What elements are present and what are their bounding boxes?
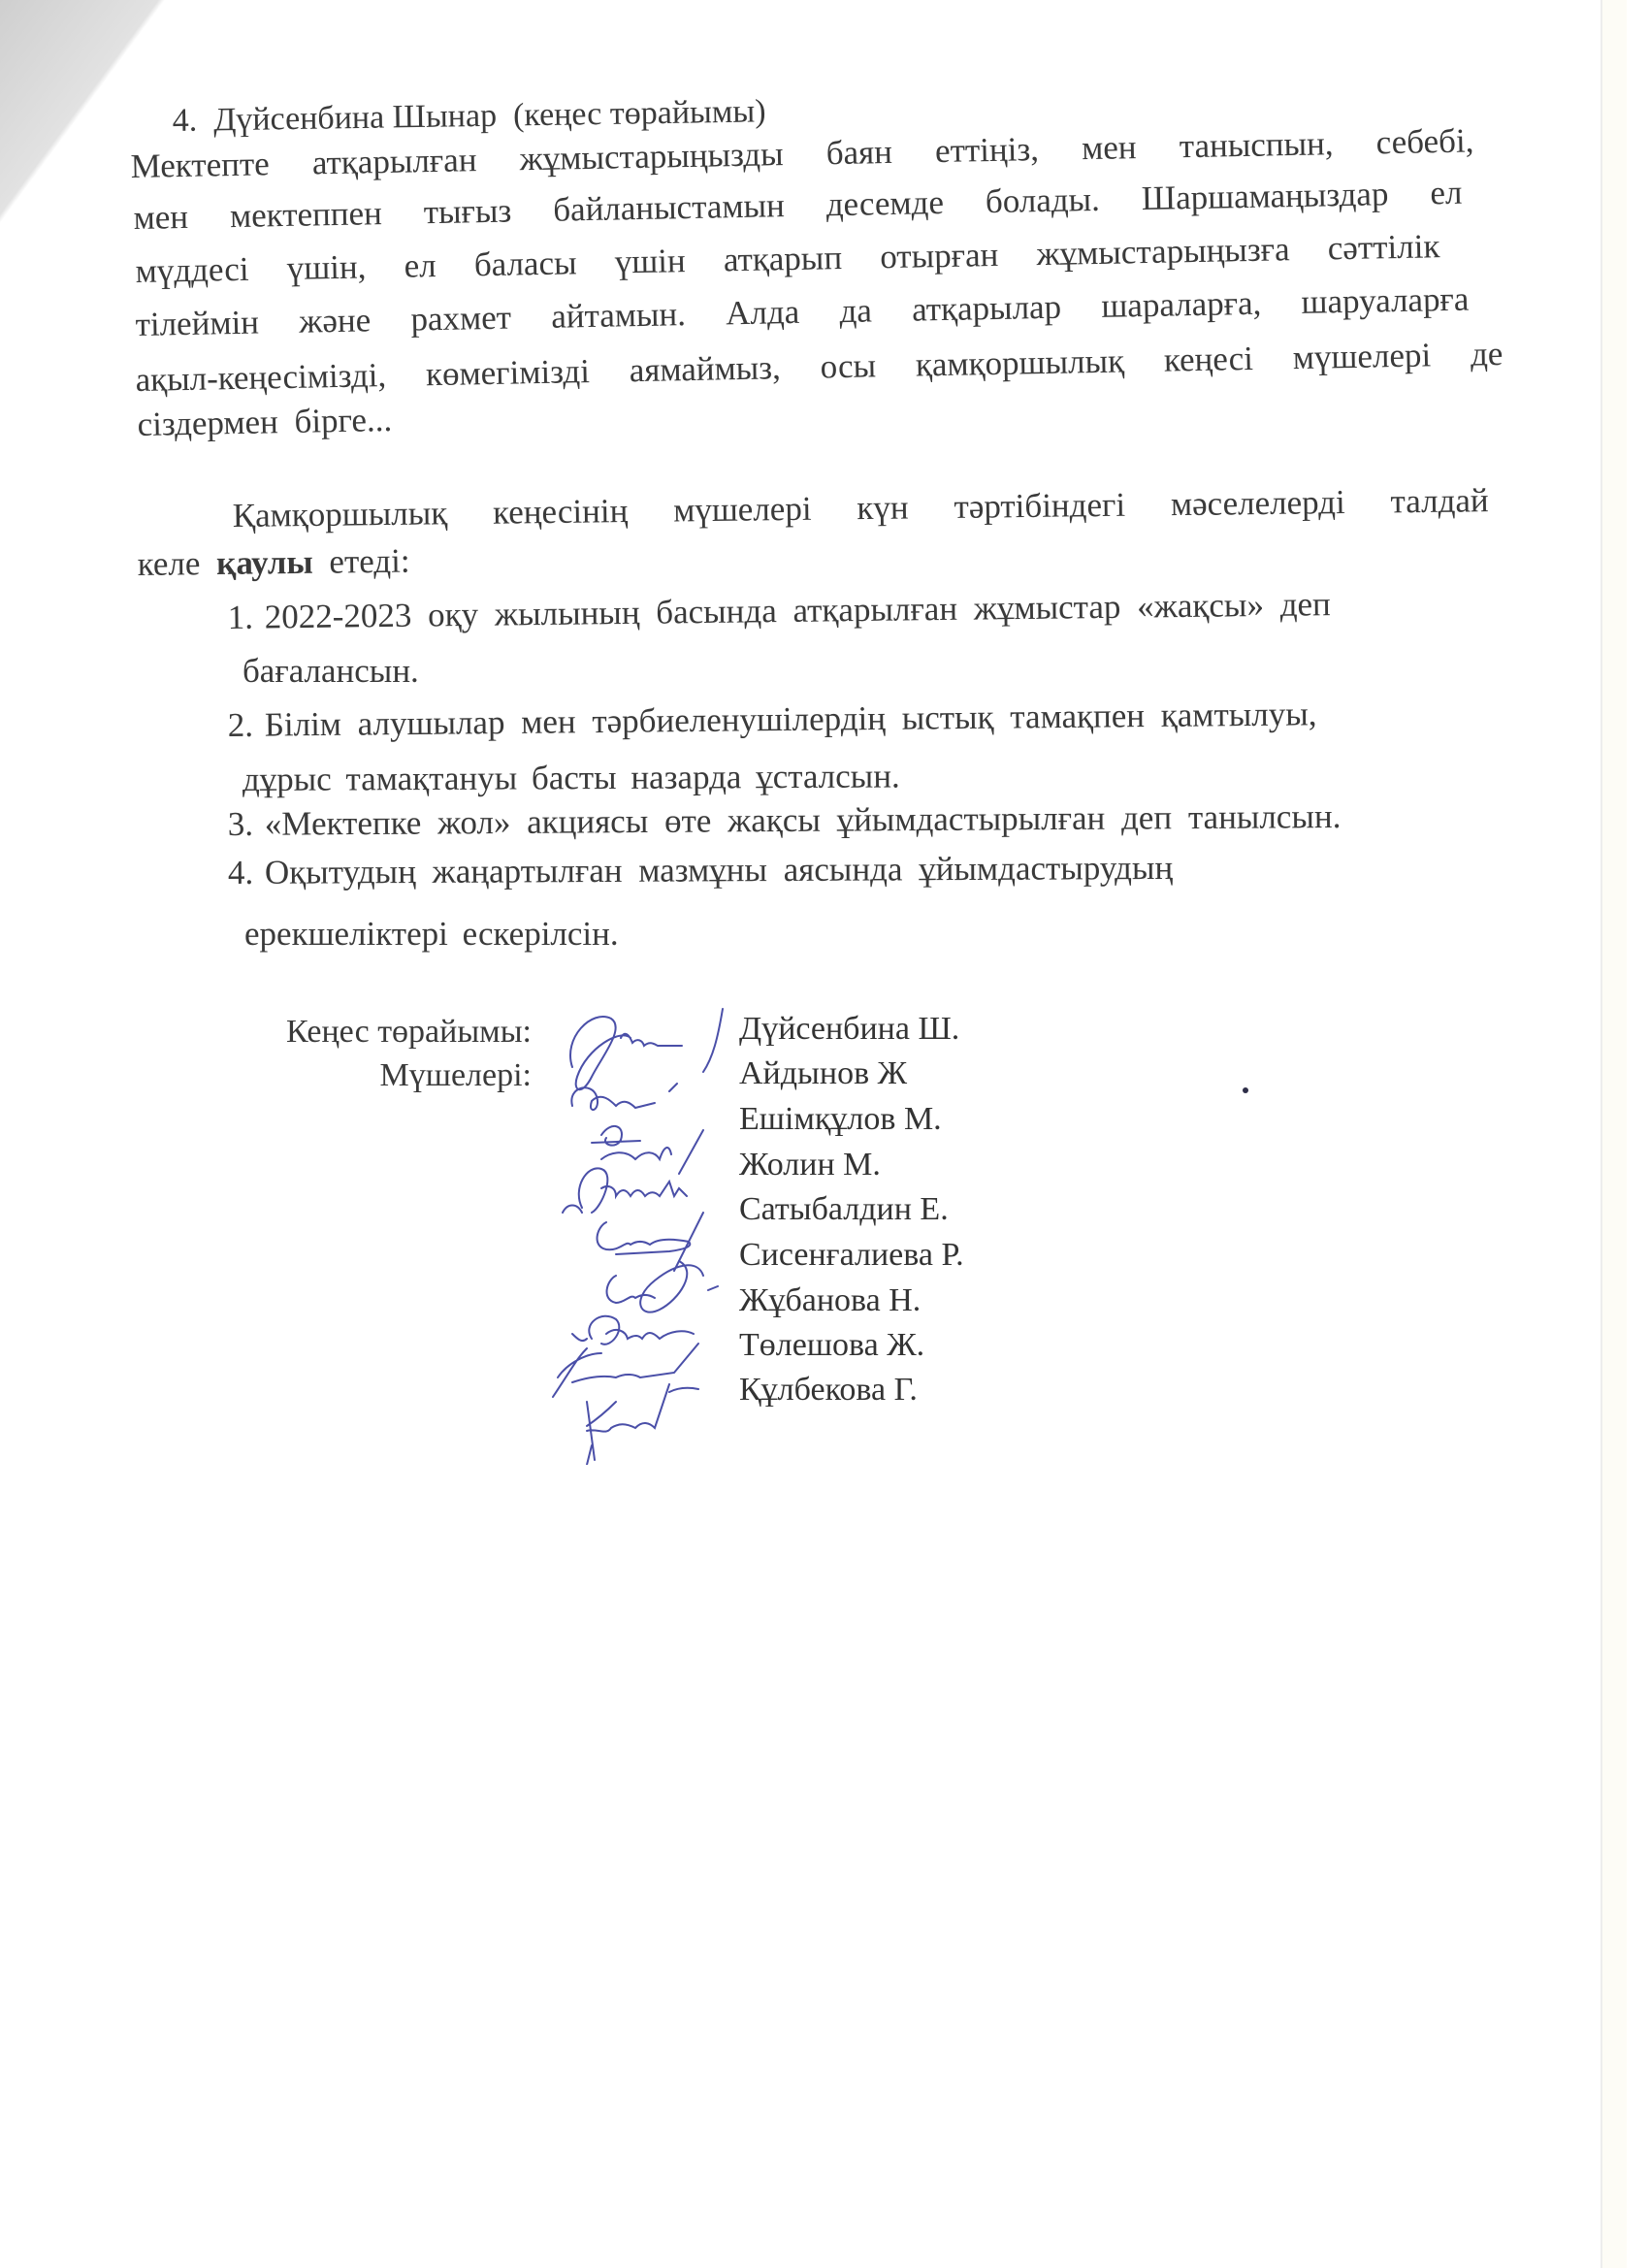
signatory-name: Төлешова Ж. — [739, 1327, 924, 1364]
speech-line: мүддесі үшін, ел баласы үшін атқарып оты… — [135, 227, 1440, 291]
speech-line: тілеймін және рахмет айтамын. Алда да ат… — [135, 280, 1470, 344]
resolution-item-2: 2.Білім алушылар мен тәрбиеленушілердің … — [228, 695, 1317, 745]
chair-label: Кеңес төрайымы: — [241, 1014, 532, 1051]
intro-text: келе — [138, 544, 201, 583]
intro-text: етеді: — [329, 542, 410, 581]
resolution-item-2-cont: дұрыс тамақтануы басты назарда ұсталсын. — [242, 757, 900, 799]
speaker-heading: 4. Дүйсенбина Шынар (кеңес төрайымы) — [172, 93, 765, 140]
signatory-name: Жолин М. — [739, 1147, 881, 1183]
speaker-role: (кеңес төрайымы) — [513, 93, 766, 133]
resolution-number: 2. — [228, 706, 265, 745]
signatory-name: Сисенғалиева Р. — [739, 1237, 964, 1274]
signatory-name: Құлбекова Г. — [739, 1372, 918, 1409]
speaker-number: 4. — [172, 103, 197, 139]
resolution-item-1-cont: бағалансын. — [242, 652, 419, 691]
resolution-item-4-cont: ерекшеліктері ескерілсін. — [244, 915, 619, 954]
decision-intro-line: Қамқоршылық кеңесінің мүшелері күн тәрті… — [233, 481, 1489, 535]
signatory-name: Жұбанова Н. — [739, 1282, 921, 1319]
handwritten-signatures-icon — [533, 999, 747, 1465]
speech-line: мен мектеппен тығыз байланыстамын десемд… — [133, 174, 1463, 238]
speaker-name: Дүйсенбина Шынар — [213, 98, 497, 139]
resolution-text: «Мектепке жол» акциясы өте жақсы ұйымдас… — [265, 797, 1342, 843]
resolution-item-3: 3.«Мектепке жол» акциясы өте жақсы ұйымд… — [228, 797, 1342, 844]
resolution-text: 2022-2023 оқу жылының басында атқарылған… — [265, 585, 1331, 635]
speech-line: ақыл-кеңесімізді, көмегімізді аямаймыз, … — [135, 335, 1503, 400]
resolution-keyword: қаулы — [216, 543, 313, 582]
resolution-text: Оқытудың жаңартылған мазмұны аясында ұйы… — [265, 849, 1173, 891]
decision-intro-line: келе қаулы етеді: — [138, 542, 410, 584]
signatory-name: Сатыбалдин Е. — [739, 1191, 949, 1228]
resolution-number: 1. — [228, 599, 265, 637]
speech-line: сіздермен бірге... — [137, 401, 392, 444]
resolution-item-4: 4.Оқытудың жаңартылған мазмұны аясында ұ… — [228, 849, 1173, 892]
members-label: Мүшелері: — [241, 1057, 532, 1094]
resolution-number: 4. — [228, 854, 265, 892]
ink-dot — [1243, 1087, 1248, 1093]
signatory-name: Айдынов Ж — [739, 1055, 907, 1092]
signatory-name: Ешімқұлов М. — [739, 1101, 942, 1138]
resolution-item-1: 1.2022-2023 оқу жылының басында атқарылғ… — [228, 585, 1331, 637]
resolution-number: 3. — [228, 805, 265, 844]
signatory-name: Дүйсенбина Ш. — [739, 1011, 959, 1048]
resolution-text: Білім алушылар мен тәрбиеленушілердің ыс… — [265, 695, 1317, 743]
document-page: 4. Дүйсенбина Шынар (кеңес төрайымы) Мек… — [0, 0, 1649, 2268]
